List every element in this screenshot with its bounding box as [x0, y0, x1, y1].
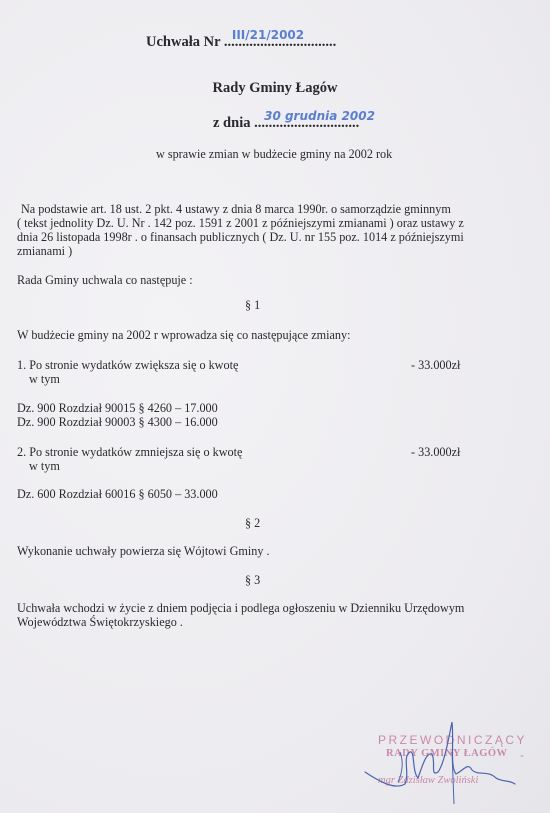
- preamble-line: Na podstawie art. 18 ust. 2 pkt. 4 ustaw…: [21, 202, 451, 216]
- item-1-text: 1. Po stronie wydatków zwiększa się o kw…: [17, 358, 238, 372]
- item-2-amount: - 33.000zł: [411, 445, 460, 459]
- date-label: z dnia: [213, 115, 250, 131]
- handwritten-number: III/21/2002: [232, 28, 304, 42]
- section-3-heading: § 3: [245, 573, 260, 587]
- item-1-line: Dz. 900 Rozdział 90015 § 4260 – 17.000: [17, 401, 218, 415]
- date-line: z dnia ............................. 30 …: [213, 115, 359, 132]
- item-1-amount: - 33.000zł: [411, 358, 460, 372]
- council-name: Rady Gminy Łagów: [0, 80, 550, 97]
- resolution-title: Uchwała Nr .............................…: [146, 34, 336, 51]
- item-2-sub: w tym: [29, 459, 60, 473]
- item-1-line: Dz. 900 Rozdział 90003 § 4300 – 16.000: [17, 415, 218, 429]
- resolves-line: Rada Gminy uchwala co następuje :: [17, 273, 193, 287]
- title-label: Uchwała Nr: [146, 34, 220, 50]
- section-3-line: Uchwała wchodzi w życie z dniem podjęcia…: [17, 601, 464, 615]
- number-field: ............................... III/21/2…: [224, 34, 336, 50]
- date-field: ............................. 30 grudnia…: [254, 115, 359, 131]
- document-page: Uchwała Nr .............................…: [0, 0, 550, 813]
- preamble-line: dnia 26 listopada 1998r . o finansach pu…: [17, 230, 464, 244]
- preamble-line: zmianami ): [17, 244, 72, 258]
- signature-icon: [360, 712, 530, 807]
- item-1-sub: w tym: [29, 372, 60, 386]
- item-2-text: 2. Po stronie wydatków zmniejsza się o k…: [17, 445, 242, 459]
- item-2-line: Dz. 600 Rozdział 60016 § 6050 – 33.000: [17, 487, 218, 501]
- subject-line: w sprawie zmian w budżecie gminy na 2002…: [156, 147, 392, 161]
- section-2-text: Wykonanie uchwały powierza się Wójtowi G…: [17, 544, 270, 558]
- section-2-heading: § 2: [245, 516, 260, 530]
- section-1-heading: § 1: [245, 298, 260, 312]
- section-1-intro: W budżecie gminy na 2002 r wprowadza się…: [17, 328, 350, 342]
- section-3-line: Województwa Świętokrzyskiego .: [17, 615, 183, 629]
- preamble-line: ( tekst jednolity Dz. U. Nr . 142 poz. 1…: [17, 216, 464, 230]
- handwritten-date: 30 grudnia 2002: [264, 109, 375, 123]
